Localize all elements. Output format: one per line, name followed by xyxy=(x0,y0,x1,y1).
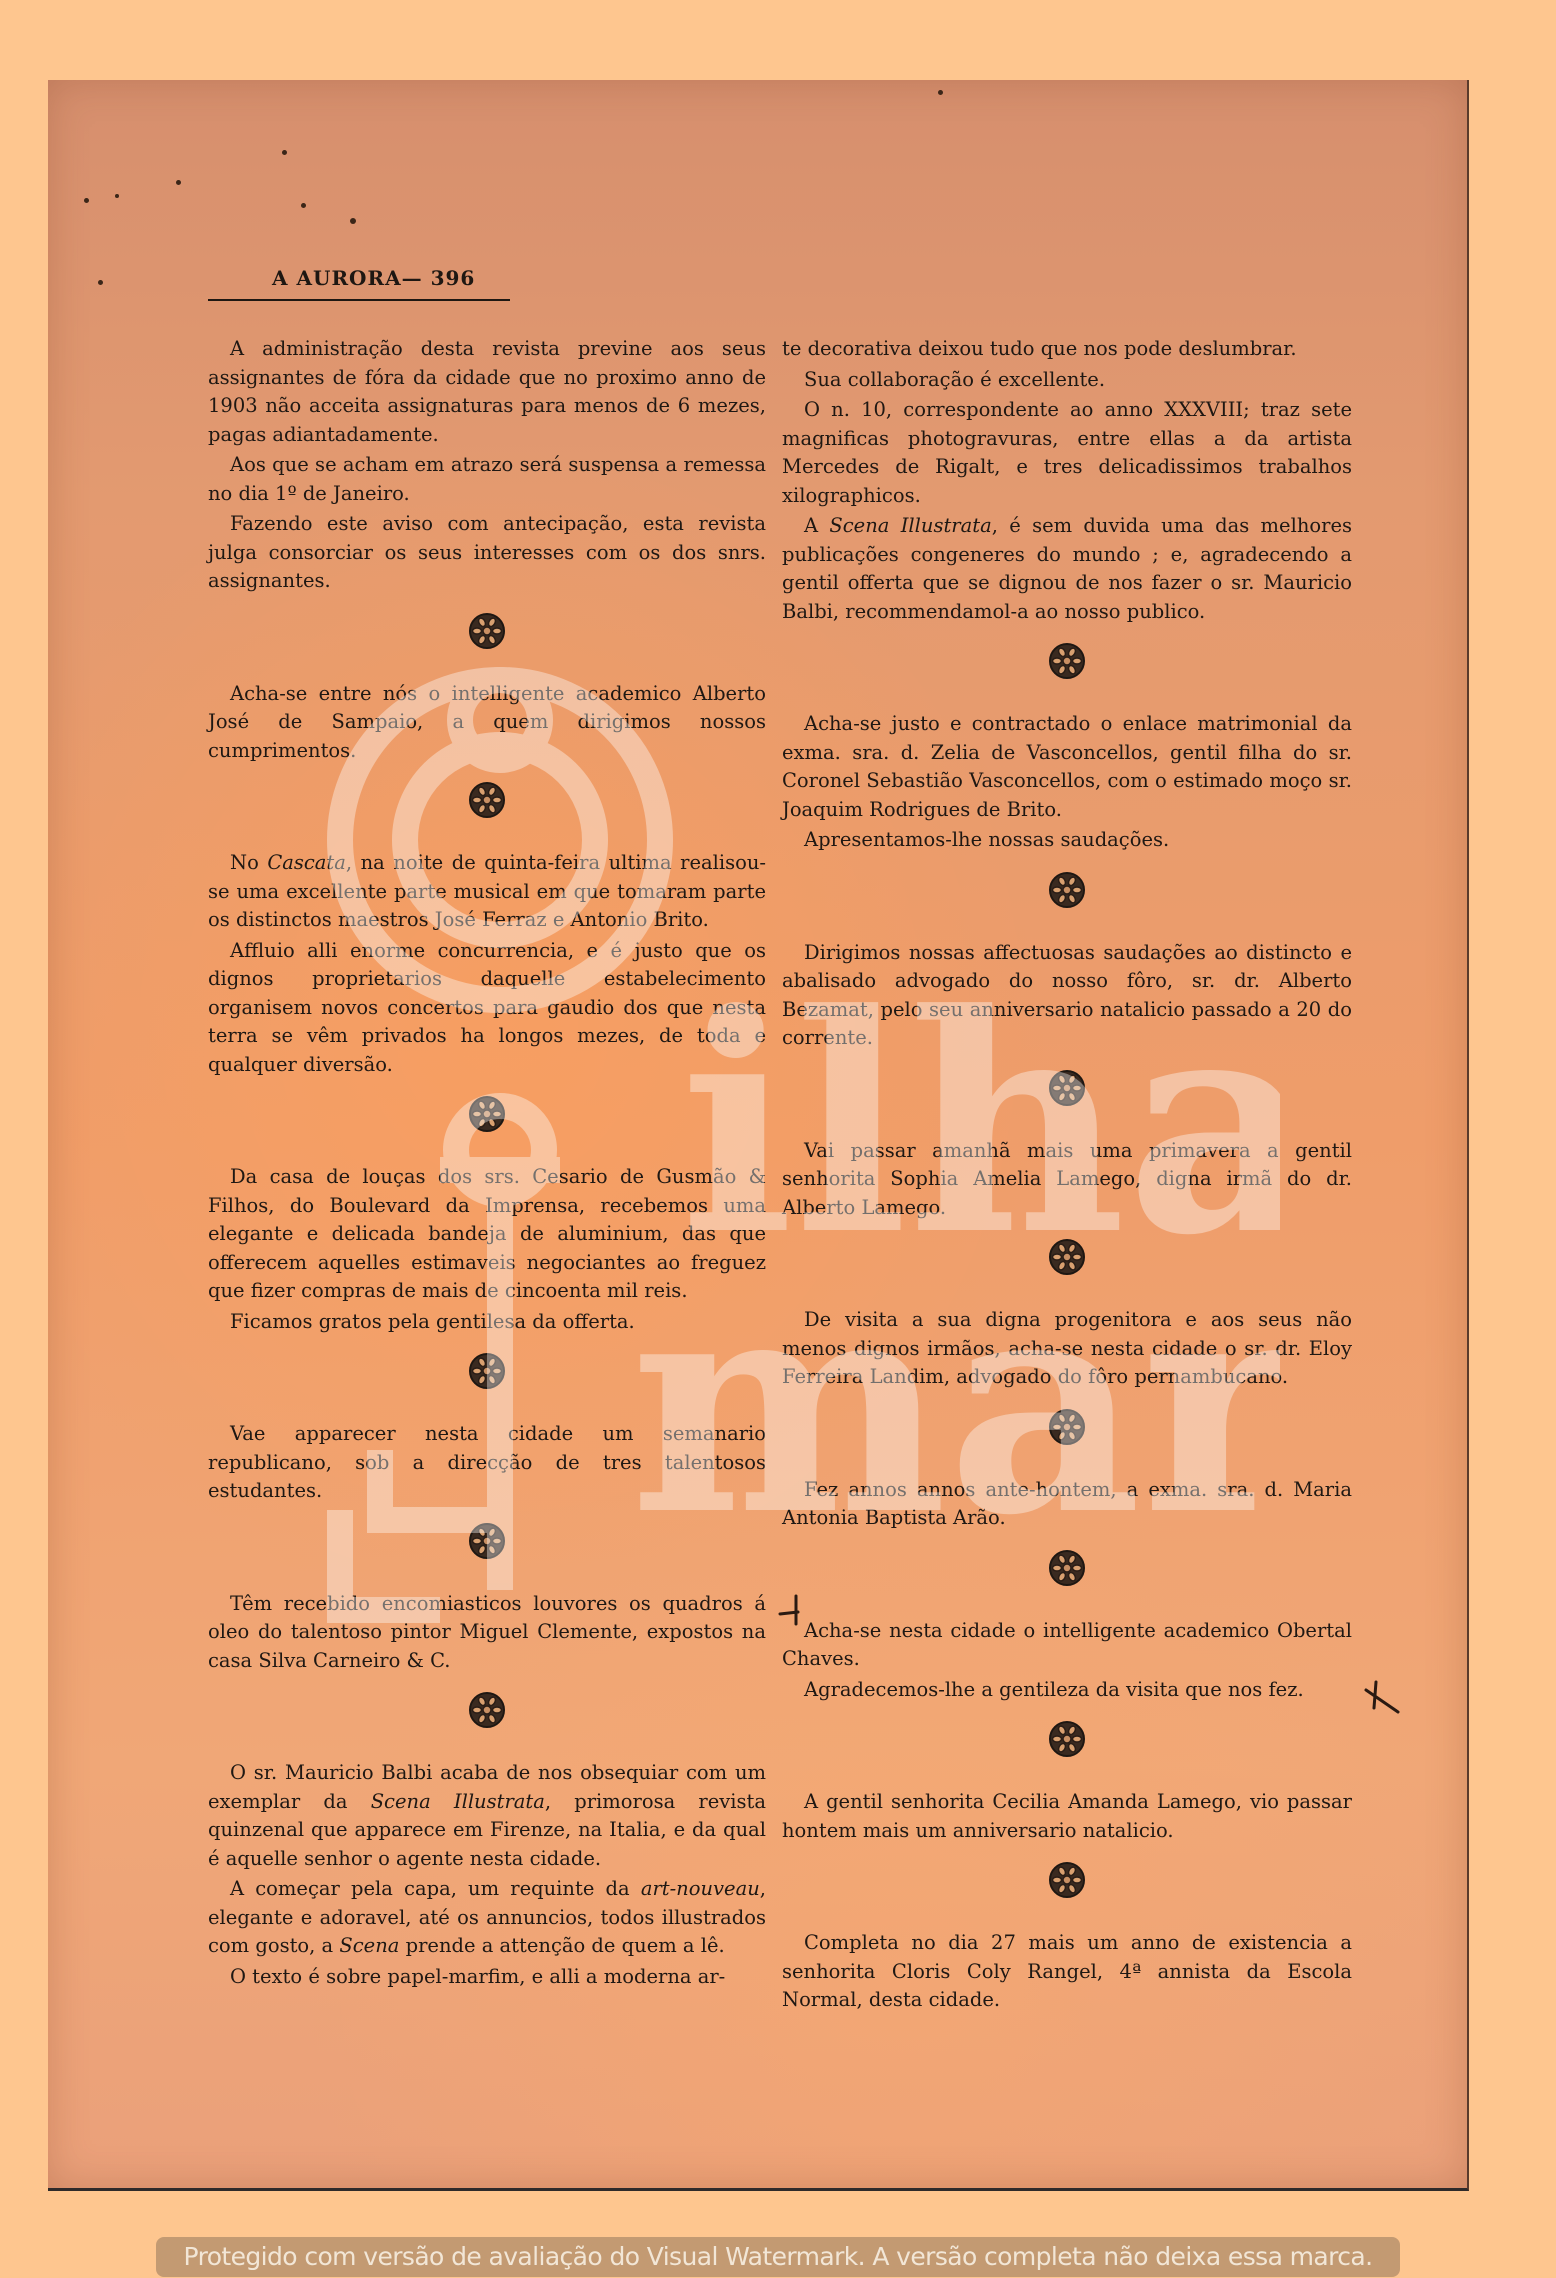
paragraph: A Scena Illustrata, é sem duvida uma das… xyxy=(782,512,1352,626)
rosette-ornament-icon xyxy=(1047,1861,1087,1899)
news-item: A administração desta revista previne ao… xyxy=(208,335,766,596)
paragraph: Fazendo este aviso com antecipação, esta… xyxy=(208,510,766,596)
running-head: A AURORA— 396 xyxy=(272,266,475,290)
paragraph: Affluio alli enorme concurrencia, e é ju… xyxy=(208,937,766,1080)
rosette-ornament-icon xyxy=(467,781,507,819)
paragraph: Agradecemos-lhe a gentileza da visita qu… xyxy=(782,1676,1352,1705)
paper-speck xyxy=(115,194,119,198)
paragraph: Têm recebido encomiasticos louvores os q… xyxy=(208,1590,766,1676)
news-item: O sr. Mauricio Balbi acaba de nos obsequ… xyxy=(208,1759,766,1991)
rosette-ornament-icon xyxy=(467,1352,507,1390)
rosette-ornament-icon xyxy=(467,1691,507,1729)
news-item: De visita a sua digna progenitora e aos … xyxy=(782,1306,1352,1392)
paragraph: Completa no dia 27 mais um anno de exist… xyxy=(782,1929,1352,2015)
news-item: Dirigimos nossas affectuosas saudações a… xyxy=(782,939,1352,1053)
paragraph: Sua collaboração é excellente. xyxy=(782,366,1352,395)
paragraph: Acha-se nesta cidade o intelligente acad… xyxy=(782,1617,1352,1674)
paragraph: Aos que se acham em atrazo será suspensa… xyxy=(208,451,766,508)
news-item: Vae apparecer nesta cidade um semanario … xyxy=(208,1420,766,1506)
paragraph: Dirigimos nossas affectuosas saudações a… xyxy=(782,939,1352,1053)
paragraph: Acha-se justo e contractado o enlace mat… xyxy=(782,710,1352,824)
rosette-ornament-icon xyxy=(1047,1069,1087,1107)
paper-speck xyxy=(84,198,89,203)
paragraph: O texto é sobre papel-marfim, e alli a m… xyxy=(208,1963,766,1992)
header-rule xyxy=(208,299,510,301)
news-item: Acha-se justo e contractado o enlace mat… xyxy=(782,710,1352,855)
news-item: Da casa de louças dos srs. Cesario de Gu… xyxy=(208,1163,766,1336)
paragraph: Apresentamos-lhe nossas saudações. xyxy=(782,826,1352,855)
paper-speck xyxy=(282,150,287,155)
paragraph: A gentil senhorita Cecilia Amanda Lamego… xyxy=(782,1788,1352,1845)
paper-speck xyxy=(176,180,181,185)
paragraph: A administração desta revista previne ao… xyxy=(208,335,766,449)
paragraph: te decorativa deixou tudo que nos pode d… xyxy=(782,335,1352,364)
paragraph: O n. 10, correspondente ao anno XXXVIII;… xyxy=(782,396,1352,510)
news-item: Vai passar amanhã mais uma primavera a g… xyxy=(782,1137,1352,1223)
paragraph: Ficamos gratos pela gentilesa da offerta… xyxy=(208,1308,766,1337)
paragraph: Acha-se entre nós o intelligente academi… xyxy=(208,680,766,766)
rosette-ornament-icon xyxy=(1047,871,1087,909)
rosette-ornament-icon xyxy=(1047,1720,1087,1758)
paper-speck xyxy=(938,90,943,95)
paragraph: O sr. Mauricio Balbi acaba de nos obsequ… xyxy=(208,1759,766,1873)
rosette-ornament-icon xyxy=(467,612,507,650)
rosette-ornament-icon xyxy=(467,1095,507,1133)
left-column: A administração desta revista previne ao… xyxy=(208,335,766,1991)
news-item: Têm recebido encomiasticos louvores os q… xyxy=(208,1590,766,1676)
paragraph: Da casa de louças dos srs. Cesario de Gu… xyxy=(208,1163,766,1306)
paper-speck xyxy=(301,203,306,208)
paragraph: A começar pela capa, um requinte da art-… xyxy=(208,1875,766,1961)
paragraph: Vai passar amanhã mais uma primavera a g… xyxy=(782,1137,1352,1223)
paragraph: De visita a sua digna progenitora e aos … xyxy=(782,1306,1352,1392)
news-item: No Cascata, na noite de quinta-feira ult… xyxy=(208,849,766,1079)
right-column: te decorativa deixou tudo que nos pode d… xyxy=(782,335,1352,2015)
news-item: Acha-se entre nós o intelligente academi… xyxy=(208,680,766,766)
rosette-ornament-icon xyxy=(1047,1408,1087,1446)
rosette-ornament-icon xyxy=(1047,642,1087,680)
paper-speck xyxy=(98,280,103,285)
rosette-ornament-icon xyxy=(1047,1549,1087,1587)
news-item: Acha-se nesta cidade o intelligente acad… xyxy=(782,1617,1352,1705)
paper-speck xyxy=(350,218,356,224)
news-item: Fez annos annos ante-hontem, a exma. sra… xyxy=(782,1476,1352,1533)
evaluation-watermark-banner: Protegido com versão de avaliação do Vis… xyxy=(156,2237,1400,2277)
paragraph: Vae apparecer nesta cidade um semanario … xyxy=(208,1420,766,1506)
paragraph: No Cascata, na noite de quinta-feira ult… xyxy=(208,849,766,935)
rosette-ornament-icon xyxy=(1047,1238,1087,1276)
paragraph: Fez annos annos ante-hontem, a exma. sra… xyxy=(782,1476,1352,1533)
rosette-ornament-icon xyxy=(467,1522,507,1560)
news-item: A gentil senhorita Cecilia Amanda Lamego… xyxy=(782,1788,1352,1845)
news-item: te decorativa deixou tudo que nos pode d… xyxy=(782,335,1352,626)
news-item: Completa no dia 27 mais um anno de exist… xyxy=(782,1929,1352,2015)
